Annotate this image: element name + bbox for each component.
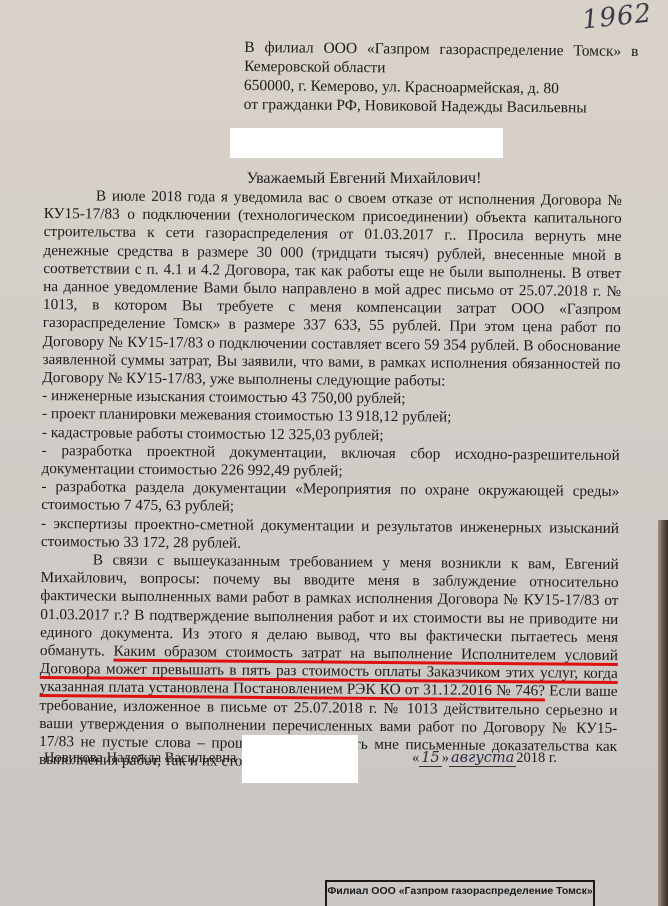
paragraph-intro: В июле 2018 года я уведомила вас о своем… <box>42 187 622 392</box>
addressee-line: от гражданки РФ, Новиковой Надежды Васил… <box>244 95 644 118</box>
red-underlined-question: Каким образом стоимость затрат на выполн… <box>40 643 618 700</box>
works-list-item: - разработка проектной документации, вкл… <box>41 442 619 483</box>
handwritten-registration-number: 1962 <box>580 0 653 36</box>
letter-body: В июле 2018 года я уведомила вас о своем… <box>39 187 622 775</box>
salutation: Уважаемый Евгений Михайлович! <box>0 170 668 188</box>
date-month-handwritten: августа <box>449 750 516 767</box>
date-year: 2018 г. <box>516 750 557 766</box>
addressee-block: В филиал ООО «Газпром газораспределение … <box>244 38 645 118</box>
works-list-item: - экспертизы проектно-сметной документац… <box>41 515 619 556</box>
signer-name: Новикова Надежда Васильевна <box>44 750 236 767</box>
redaction-box-address <box>230 128 503 158</box>
signature-date: «15»августа2018 г. <box>412 750 557 767</box>
received-stamp: Филиал ООО «Газпром газораспределение То… <box>325 880 595 906</box>
date-day-handwritten: 15 <box>419 750 441 767</box>
date-close-quote: » <box>442 750 449 766</box>
page-edge-shadow <box>658 520 668 906</box>
redaction-box-signature <box>242 735 358 783</box>
works-list-item: - разработка раздела документации «Мероп… <box>41 478 619 519</box>
stamp-text: Филиал ООО «Газпром газораспределение То… <box>327 885 592 897</box>
